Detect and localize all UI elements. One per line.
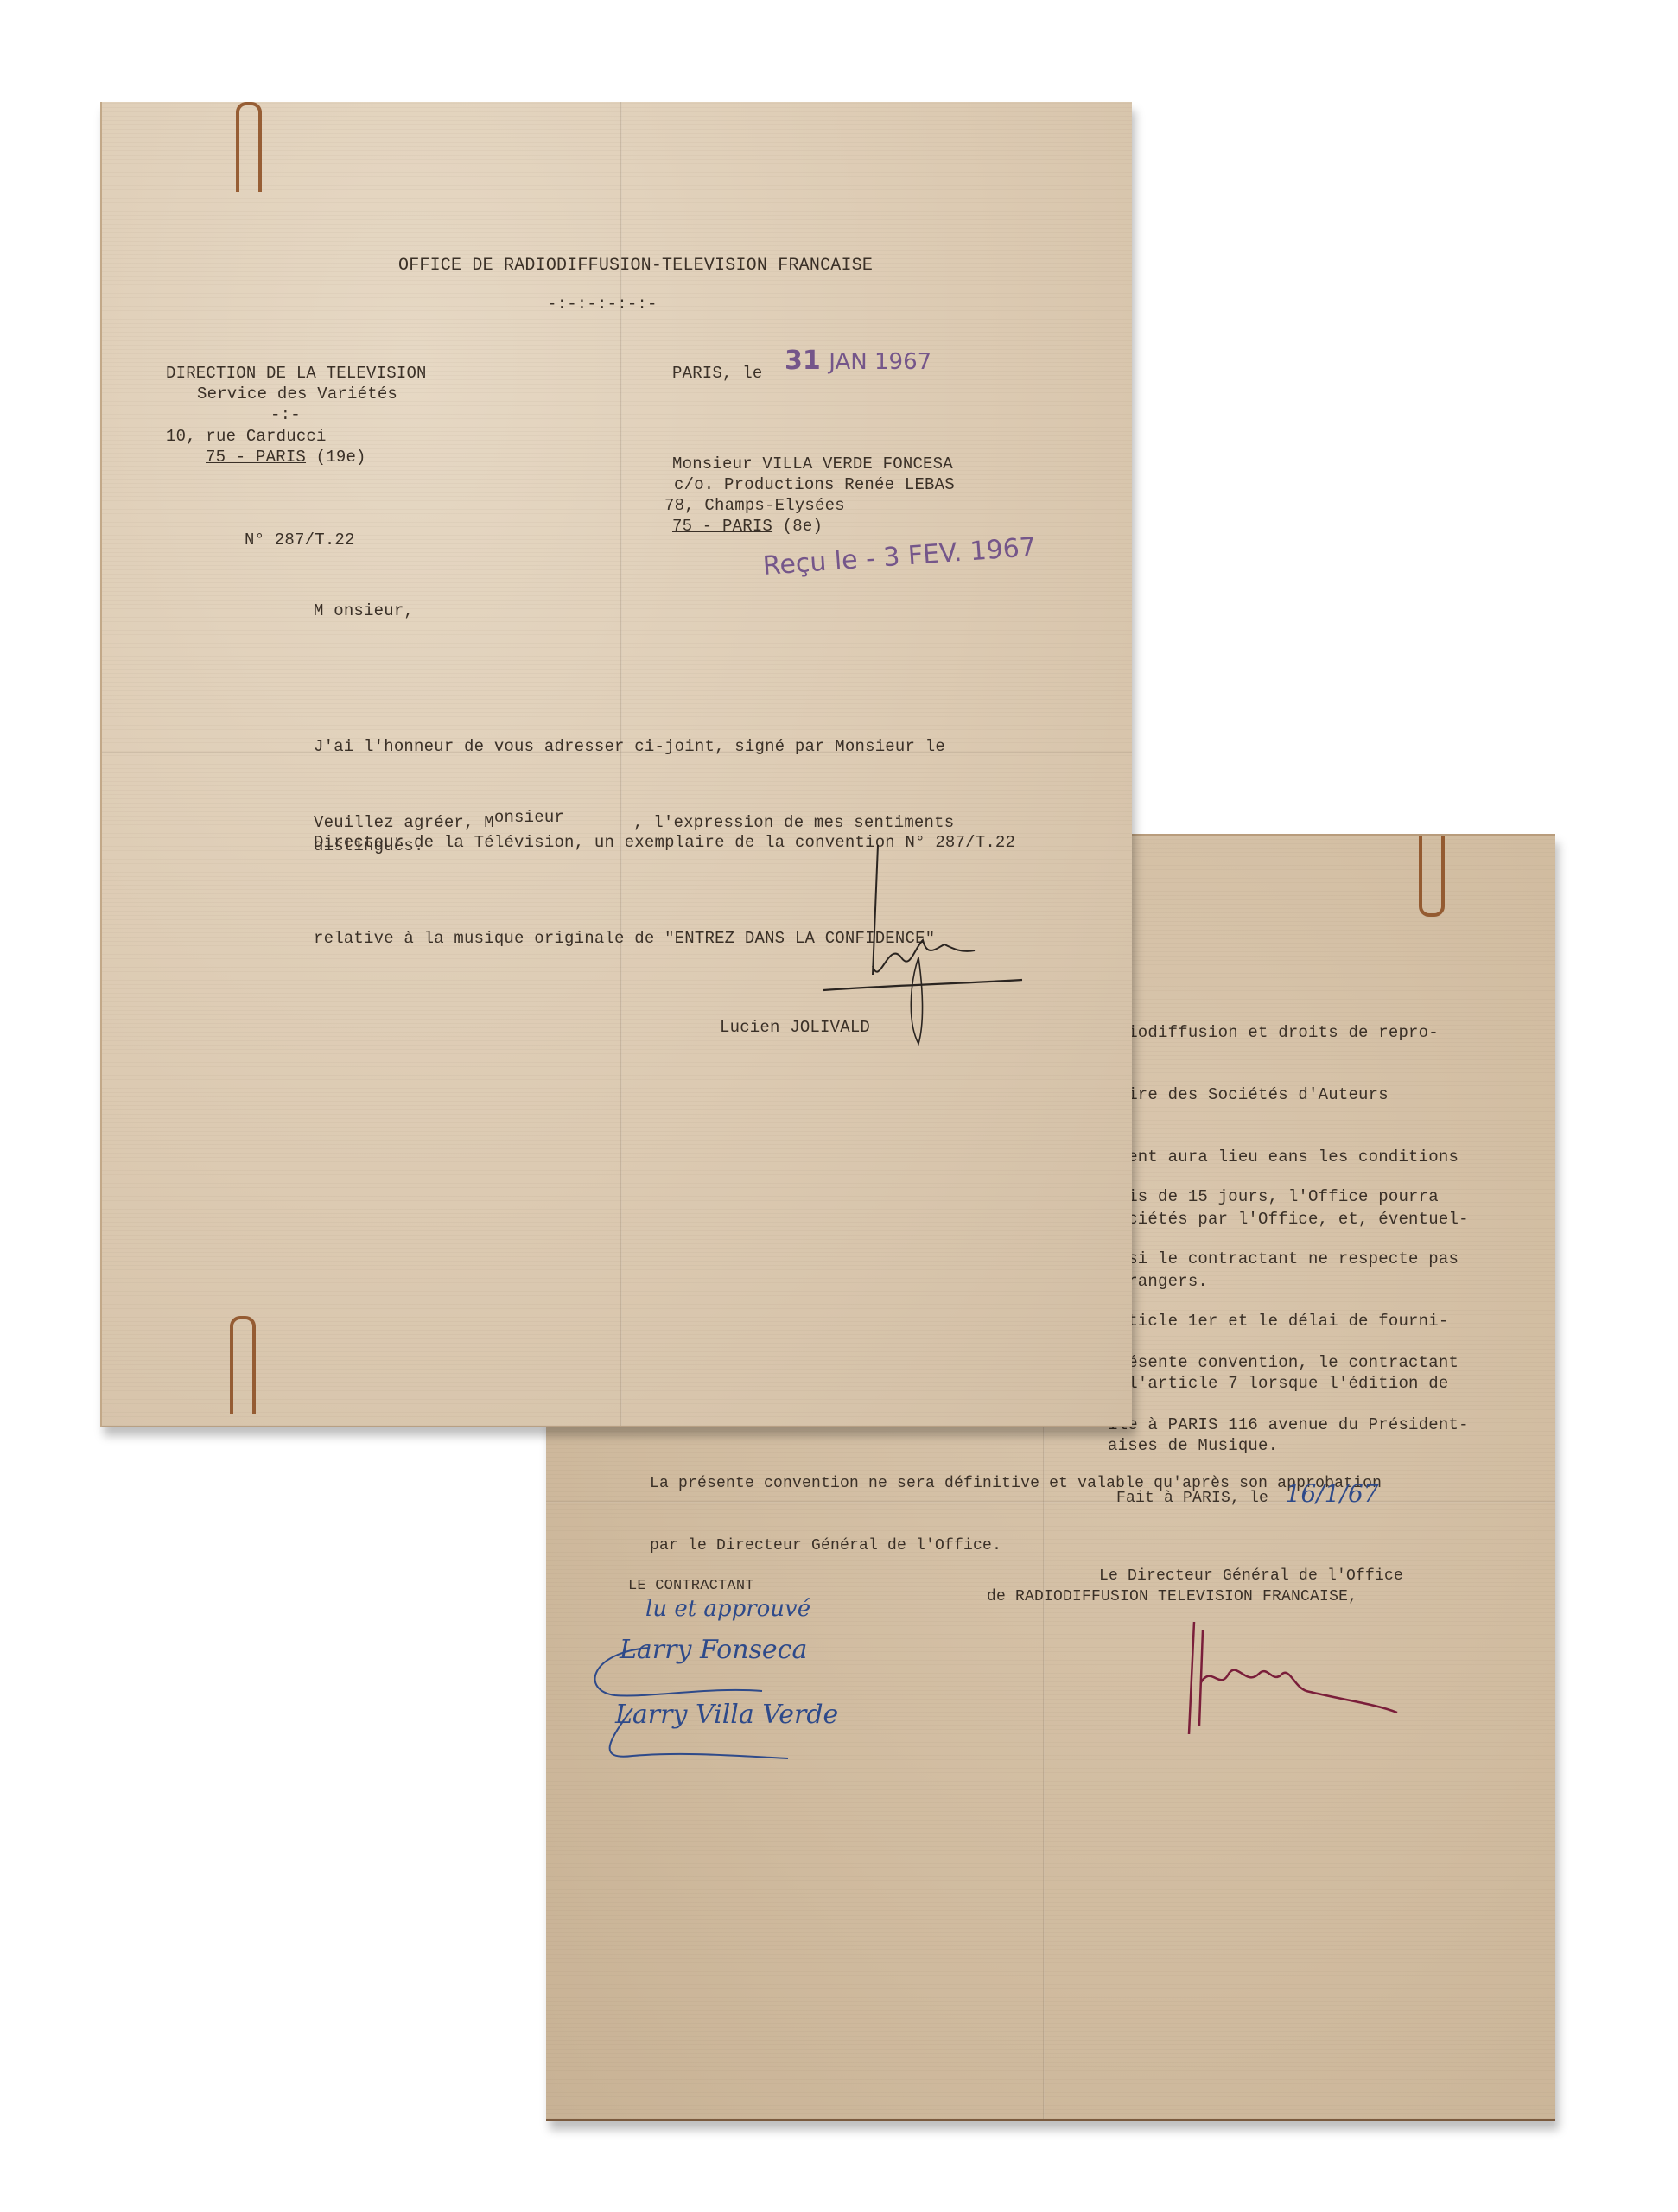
letterhead-divider: -:-:-:-:-:- [547, 296, 658, 313]
received-stamp: Reçu le - 3 FEV. 1967 [762, 532, 1037, 582]
sender-city: 75 - PARIS (19e) [206, 449, 366, 466]
director-title-line1: Le Directeur Général de l'Office [1099, 1568, 1403, 1584]
sender-street: 10, rue Carducci [166, 429, 327, 445]
salutation-rest: onsieur, [324, 601, 414, 620]
fait-prefix: Fait à PARIS, le [1116, 1490, 1268, 1507]
director-signature [1177, 1613, 1419, 1747]
recipient-street: 78, Champs-Elysées [664, 498, 845, 514]
recipient-name: Monsieur VILLA VERDE FONCESA [672, 456, 953, 473]
handwritten-date: 16/1/67 [1286, 1479, 1379, 1508]
closing-end: , l'expression de mes sentiments [633, 813, 954, 832]
signature-flourish-icon [581, 1613, 840, 1773]
text-line: n si le contractant ne respecte pas [1108, 1249, 1459, 1269]
jolivald-signature [741, 836, 1035, 1014]
contractant-label: LE CONTRACTANT [628, 1579, 754, 1593]
staple-icon [1419, 836, 1445, 917]
sender-direction: DIRECTION DE LA TELEVISION [166, 365, 427, 382]
letter-sheet: OFFICE DE RADIODIFFUSION-TELEVISION FRAN… [100, 102, 1132, 1427]
recipient-city-name: 75 - PARIS [672, 517, 772, 536]
director-title-line2: de RADIODIFFUSION TELEVISION FRANCAISE, [987, 1589, 1357, 1605]
fait-a-paris-line: Fait à PARIS, le 16/1/67 [1116, 1479, 1370, 1508]
signatory-name: Lucien JOLIVALD [720, 1020, 870, 1036]
date-stamp-day: 31 [785, 346, 821, 376]
recipient-district: (8e) [772, 517, 823, 536]
sender-district: (19e) [306, 448, 366, 467]
date-stamp: 31 JAN 1967 [785, 346, 931, 376]
closing-start: Veuillez agréer, M [314, 813, 494, 832]
closing-line: Veuillez agréer, Monsieur, l'expression … [314, 815, 954, 831]
date-prefix: PARIS, le [672, 365, 762, 382]
recipient-city: 75 - PARIS (8e) [672, 518, 823, 535]
recipient-care-of: c/o. Productions Renée LEBAS [674, 477, 955, 493]
contractant-signature-2: Larry Villa Verde [615, 1700, 838, 1730]
sender-divider: -:- [270, 407, 301, 423]
text-line: adiodiffusion et droits de repro- [1108, 1022, 1469, 1043]
salutation: M onsieur, [314, 603, 414, 620]
text-line: iaire des Sociétés d'Auteurs [1108, 1084, 1469, 1105]
closing-distingues: distingués. [314, 838, 424, 855]
text-line: par le Directeur Général de l'Office. [650, 1535, 1382, 1556]
sender-service: Service des Variétés [197, 386, 397, 403]
date-stamp-month-year: JAN 1967 [829, 349, 931, 375]
text-line: avis de 15 jours, l'Office pourra [1108, 1186, 1459, 1207]
staple-icon [230, 1316, 256, 1414]
reference-number: N° 287/T.22 [245, 532, 355, 549]
letterhead-title: OFFICE DE RADIODIFFUSION-TELEVISION FRAN… [398, 257, 873, 275]
body-line: J'ai l'honneur de vous adresser ci-joint… [314, 731, 1015, 763]
text-line: présente convention, le contractant [1108, 1352, 1469, 1373]
sender-city-name: 75 - PARIS [206, 448, 306, 467]
salutation-initial: M [314, 601, 324, 620]
closing-superscript: onsieur [494, 808, 564, 827]
staple-icon [236, 102, 262, 192]
